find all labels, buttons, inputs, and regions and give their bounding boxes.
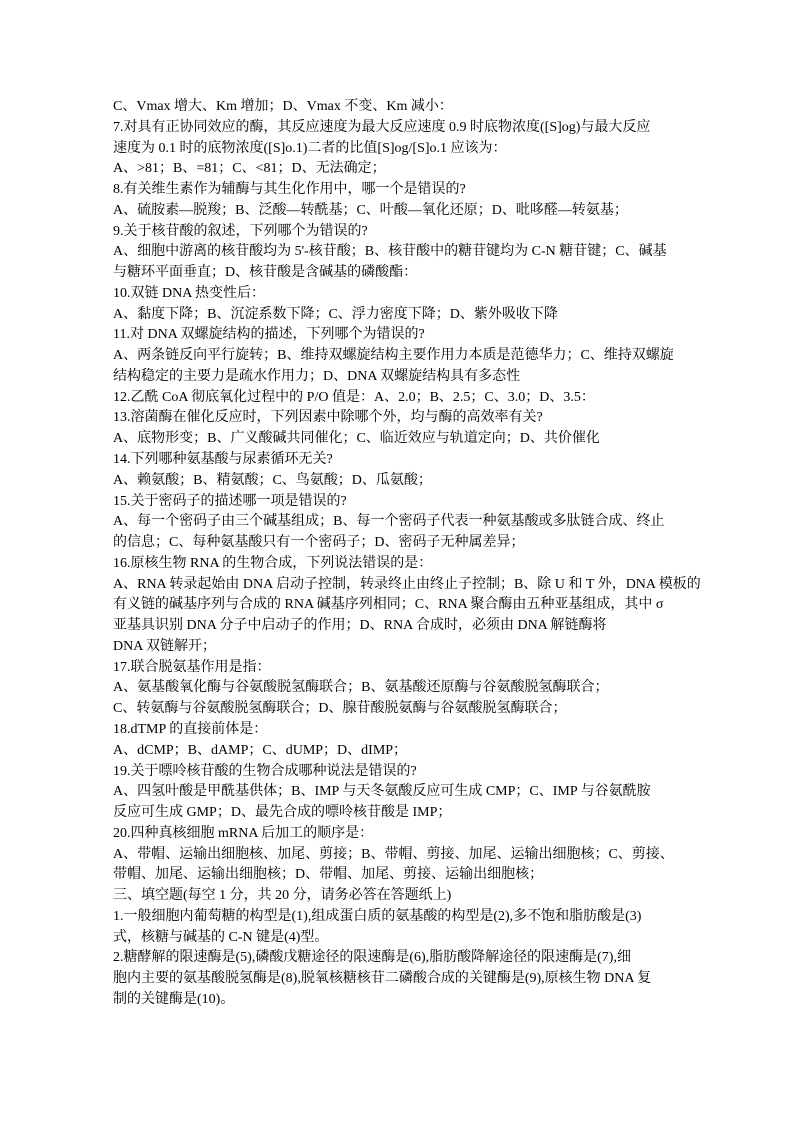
document-line: C、转氨酶与谷氨酸脱氢酶联合；D、腺苷酸脱氨酶与谷氨酸脱氢酶联合；: [113, 699, 685, 720]
document-line: 有义链的碱基序列与合成的 RNA 碱基序列相同；C、RNA 聚合酶由五种亚基组成…: [113, 595, 685, 616]
document-line: 1.一般细胞内葡萄糖的构型是(1),组成蛋白质的氨基酸的构型是(2),多不饱和脂…: [113, 907, 685, 928]
document-line: 17.联合脱氨基作用是指：: [113, 658, 685, 679]
document-line: 19.关于嘌呤核苷酸的生物合成哪种说法是错误的?: [113, 762, 685, 783]
document-line: 式，核糖与碱基的 C-N 键是(4)型。: [113, 928, 685, 949]
document-line: A、氨基酸氧化酶与谷氨酸脱氢酶联合；B、氨基酸还原酶与谷氨酸脱氢酶联合；: [113, 678, 685, 699]
document-line: 14.下列哪种氨基酸与尿素循环无关?: [113, 450, 685, 471]
document-line: A、黏度下降；B、沉淀系数下降；C、浮力密度下降；D、紫外吸收下降: [113, 305, 685, 326]
document-line: 结构稳定的主要力是疏水作用力；D、DNA 双螺旋结构具有多态性: [113, 367, 685, 388]
document-line: A、四氢叶酸是甲酰基供体；B、IMP 与天冬氨酸反应可生成 CMP；C、IMP …: [113, 782, 685, 803]
document-line: 带帽、加尾、运输出细胞核；D、带帽、加尾、剪接、运输出细胞核；: [113, 865, 685, 886]
document-line: 16.原核生物 RNA 的生物合成，下列说法错误的是：: [113, 554, 685, 575]
document-line: A、dCMP；B、dAMP；C、dUMP；D、dIMP；: [113, 741, 685, 762]
document-line: 亚基具识别 DNA 分子中启动子的作用；D、RNA 合成时，必须由 DNA 解链…: [113, 616, 685, 637]
document-line: 反应可生成 GMP；D、最先合成的嘌呤核苷酸是 IMP；: [113, 803, 685, 824]
document-line: 10.双链 DNA 热变性后：: [113, 284, 685, 305]
document-line: A、RNA 转录起始由 DNA 启动子控制，转录终止由终止子控制；B、除 U 和…: [113, 575, 685, 596]
document-line: A、每一个密码子由三个碱基组成；B、每一个密码子代表一种氨基酸或多肽链合成、终止: [113, 512, 685, 533]
document-line: 三、填空题(每空 1 分，共 20 分，请务必答在答题纸上): [113, 886, 685, 907]
document-line: 13.溶菌酶在催化反应时，下列因素中除哪个外，均与酶的高效率有关?: [113, 408, 685, 429]
document-line: A、赖氨酸；B、精氨酸；C、鸟氨酸；D、瓜氨酸；: [113, 471, 685, 492]
document-line: 8.有关维生素作为辅酶与其生化作用中，哪一个是错误的?: [113, 180, 685, 201]
document-line: 18.dTMP 的直接前体是：: [113, 720, 685, 741]
document-line: A、细胞中游离的核苷酸均为 5'-核苷酸；B、核苷酸中的糖苷键均为 C-N 糖苷…: [113, 242, 685, 263]
document-line: 与糖环平面垂直；D、核苷酸是含碱基的磷酸酯：: [113, 263, 685, 284]
document-line: 15.关于密码子的描述哪一项是错误的?: [113, 492, 685, 513]
document-line: 7.对具有正协同效应的酶，其反应速度为最大反应速度 0.9 时底物浓度([S]o…: [113, 118, 685, 139]
document-line: 速度为 0.1 时的底物浓度([S]o.1)二者的比值[S]og/[S]o.1 …: [113, 139, 685, 160]
document-line: 11.对 DNA 双螺旋结构的描述，下列哪个为错误的?: [113, 325, 685, 346]
document-line: 制的关键酶是(10)。: [113, 990, 685, 1011]
document-line: A、带帽、运输出细胞核、加尾、剪接；B、带帽、剪接、加尾、运输出细胞核；C、剪接…: [113, 845, 685, 866]
document-page: C、Vmax 增大、Km 增加；D、Vmax 不变、Km 减小：7.对具有正协同…: [0, 0, 794, 1123]
document-line: C、Vmax 增大、Km 增加；D、Vmax 不变、Km 减小：: [113, 97, 685, 118]
document-line: 的信息；C、每种氨基酸只有一个密码子；D、密码子无种属差异；: [113, 533, 685, 554]
document-line: A、>81；B、=81；C、<81；D、无法确定；: [113, 159, 685, 180]
document-line: 20.四种真核细胞 mRNA 后加工的顺序是：: [113, 824, 685, 845]
document-line: 9.关于核苷酸的叙述，下列哪个为错误的?: [113, 222, 685, 243]
document-line: A、底物形变；B、广义酸碱共同催化；C、临近效应与轨道定向；D、共价催化: [113, 429, 685, 450]
document-line: 胞内主要的氨基酸脱氢酶是(8),脱氧核糖核苷二磷酸合成的关键酶是(9),原核生物…: [113, 969, 685, 990]
document-line: A、硫胺素—脱羧；B、泛酸—转酰基；C、叶酸—氧化还原；D、吡哆醛—转氨基；: [113, 201, 685, 222]
document-line: 12.乙酰 CoA 彻底氧化过程中的 P/O 值是：A、2.0；B、2.5；C、…: [113, 388, 685, 409]
document-text-block: C、Vmax 增大、Km 增加；D、Vmax 不变、Km 减小：7.对具有正协同…: [113, 97, 685, 1011]
document-line: DNA 双链解开；: [113, 637, 685, 658]
document-line: A、两条链反向平行旋转；B、维持双螺旋结构主要作用力本质是范德华力；C、维持双螺…: [113, 346, 685, 367]
document-line: 2.糖酵解的限速酶是(5),磷酸戊糖途径的限速酶是(6),脂肪酸降解途径的限速酶…: [113, 948, 685, 969]
